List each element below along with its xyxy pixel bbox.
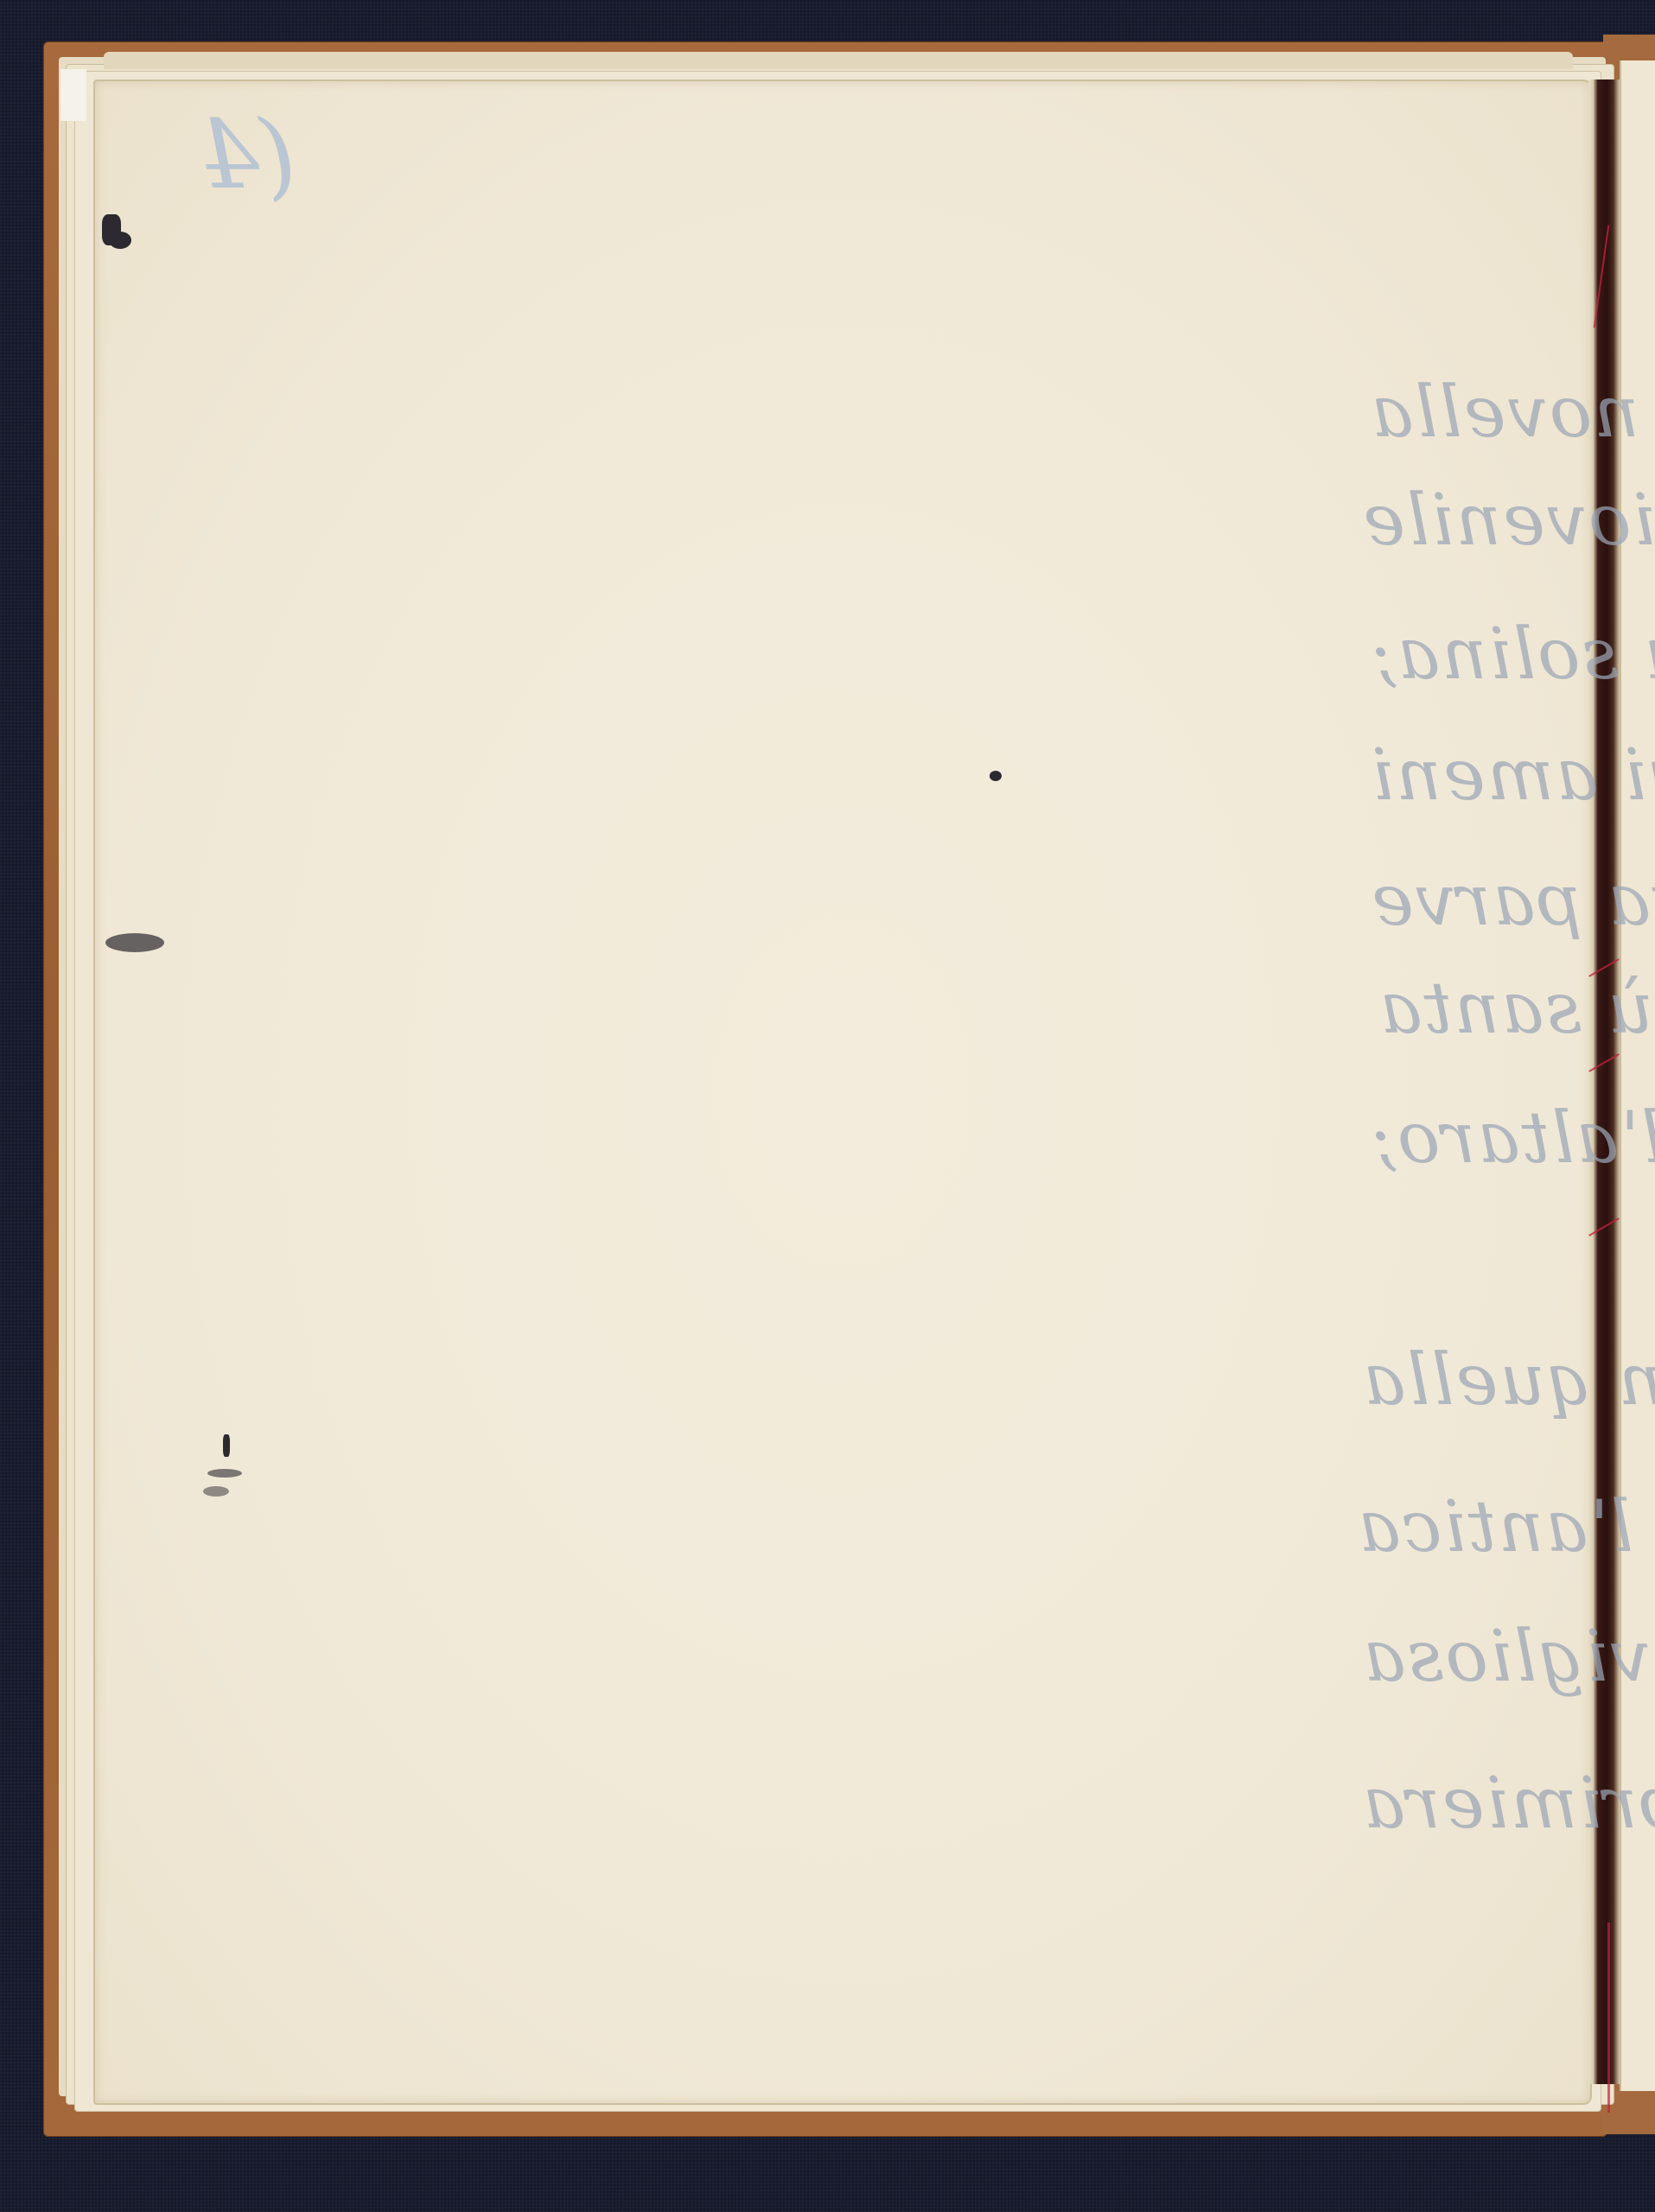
leaf-top-edge (104, 52, 1573, 69)
ink-blot (207, 1469, 242, 1478)
binding-gutter (1588, 79, 1620, 2084)
binding-thread (1607, 1923, 1610, 2113)
facing-page-edge (1620, 60, 1655, 2091)
ink-blot (203, 1486, 229, 1497)
page-number: (4 (199, 99, 296, 210)
ink-blot (990, 771, 1002, 781)
manuscript-page (93, 79, 1592, 2105)
ink-blot (109, 232, 131, 249)
ink-blot (105, 933, 164, 952)
ink-blot (223, 1434, 230, 1457)
inner-leaf-edge (60, 69, 86, 121)
